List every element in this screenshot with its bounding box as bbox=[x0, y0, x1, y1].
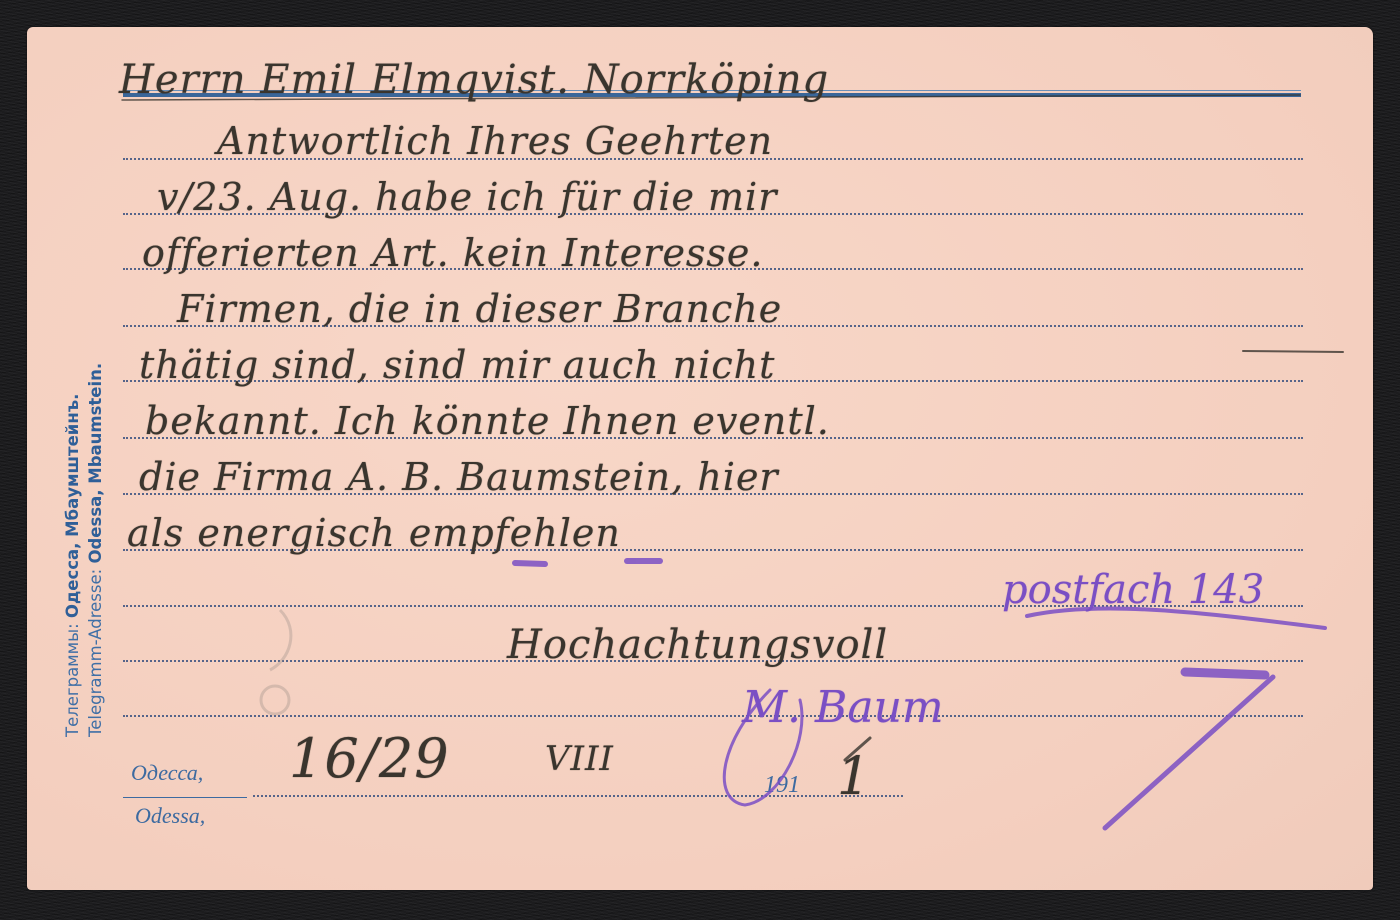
recipient-address: Herrn Emil Elmqvist. Norrköping bbox=[119, 57, 829, 103]
ruled-line bbox=[123, 715, 1303, 717]
telegram-address-block: Телеграммы: Одесса, Мбаумштейнъ. Telegra… bbox=[61, 363, 107, 737]
date-day: 16/29 bbox=[289, 727, 450, 790]
closing: Hochachtungsvoll bbox=[507, 622, 888, 668]
postbox-annotation: postfach 143 bbox=[1002, 567, 1264, 613]
message-line-1: Antwortlich Ihres Geehrten bbox=[217, 119, 773, 163]
message-line-2: v/23. Aug. habe ich für die mir bbox=[157, 175, 777, 219]
place-de: Odessa, bbox=[135, 803, 205, 829]
date-line bbox=[253, 795, 903, 797]
message-line-6: bekannt. Ich könnte Ihnen eventl. bbox=[145, 399, 830, 443]
signature: M. Baum bbox=[742, 682, 944, 733]
message-line-3: offerierten Art. kein Interesse. bbox=[142, 231, 764, 275]
telegram-de: Telegramm-Adresse: Odessa, Mbaumstein. bbox=[84, 363, 107, 737]
date-year-suffix: 1 bbox=[837, 747, 871, 807]
message-line-7: die Firma A. B. Baumstein, hier bbox=[139, 455, 779, 499]
message-line-4: Firmen, die in dieser Branche bbox=[177, 287, 782, 331]
message-line-8: als energisch empfehlen bbox=[127, 511, 621, 555]
date-month: VIII bbox=[545, 739, 614, 779]
place-ru: Одесса, bbox=[131, 760, 203, 786]
year-prefix: 191 bbox=[764, 772, 800, 799]
postcard: Телеграммы: Одесса, Мбаумштейнъ. Telegra… bbox=[27, 27, 1373, 890]
message-line-5: thätig sind, sind mir auch nicht bbox=[139, 343, 775, 387]
place-divider bbox=[123, 797, 247, 798]
telegram-ru: Телеграммы: Одесса, Мбаумштейнъ. bbox=[61, 363, 84, 737]
